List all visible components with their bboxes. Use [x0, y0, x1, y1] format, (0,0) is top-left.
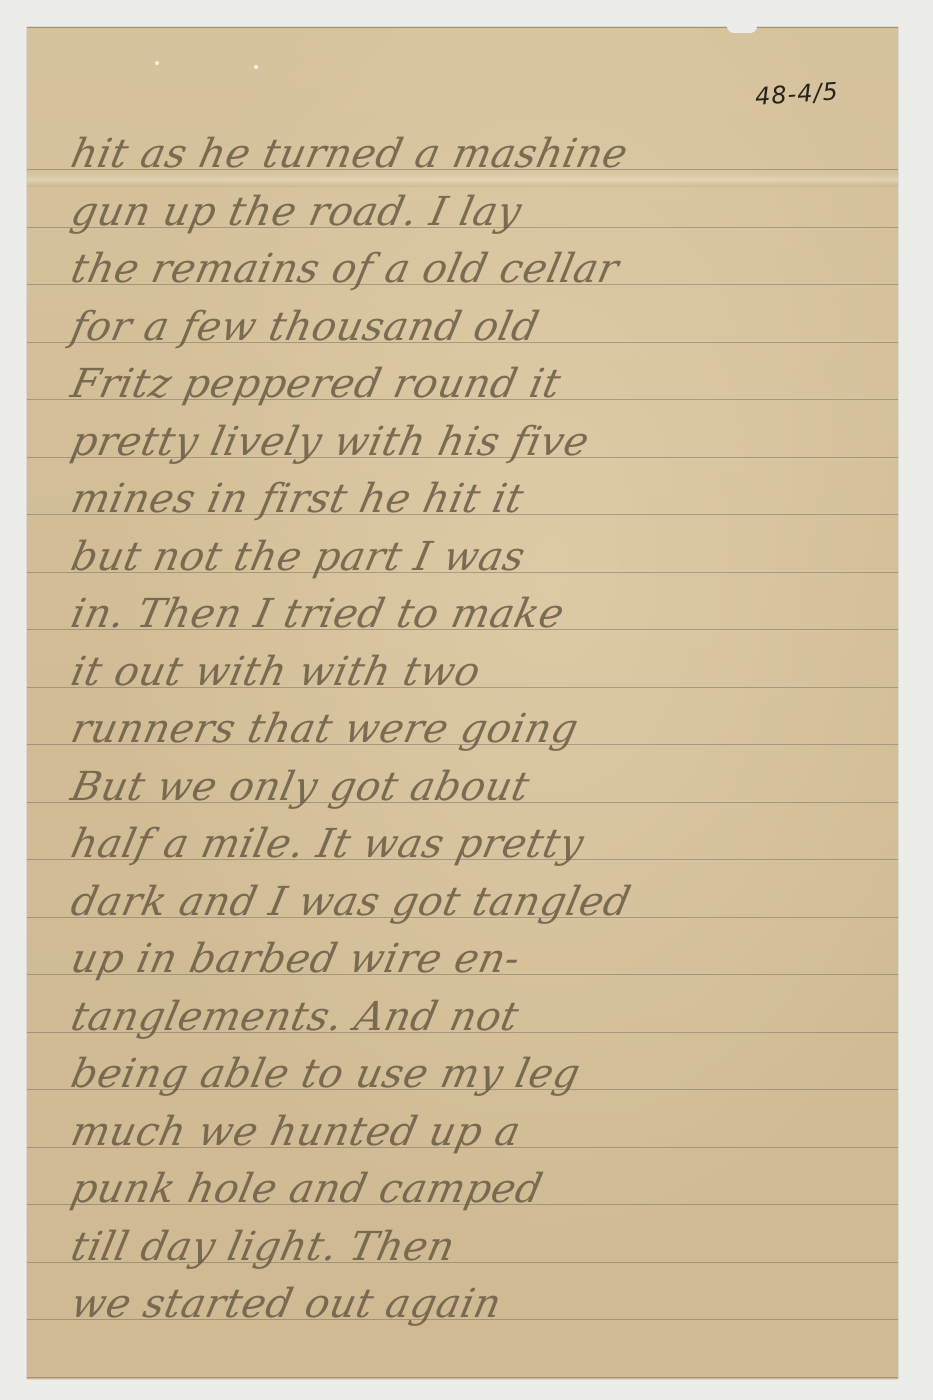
handwritten-line: but not the part I was — [67, 534, 897, 580]
handwritten-line: Fritz peppered round it — [67, 361, 897, 407]
handwritten-line: runners that were going — [67, 706, 897, 752]
handwritten-line: But we only got about — [67, 764, 897, 810]
pinhole — [155, 61, 159, 65]
handwritten-line: up in barbed wire en- — [67, 936, 897, 982]
paper-notch — [727, 26, 757, 33]
pinhole — [254, 65, 258, 69]
handwritten-line: till day light. Then — [67, 1224, 897, 1270]
handwritten-line: much we hunted up a — [67, 1109, 897, 1155]
handwritten-line: being able to use my leg — [67, 1051, 897, 1097]
handwritten-line: the remains of a old cellar — [67, 246, 897, 292]
handwritten-line: it out with with two — [67, 649, 897, 695]
ruled-line — [27, 1377, 898, 1378]
handwritten-line: tanglements. And not — [67, 994, 897, 1040]
handwritten-line: pretty lively with his five — [67, 419, 897, 465]
handwritten-line: dark and I was got tangled — [67, 879, 897, 925]
handwritten-line: gun up the road. I lay — [67, 189, 897, 235]
reference-number: 48-4/5 — [754, 77, 840, 111]
handwritten-line: punk hole and camped — [67, 1166, 897, 1212]
handwritten-line: we started out again — [67, 1281, 897, 1327]
letter-page: 48-4/5 hit as he turned a mashinegun up … — [27, 27, 898, 1379]
handwritten-line: in. Then I tried to make — [67, 591, 897, 637]
handwritten-line: mines in first he hit it — [67, 476, 897, 522]
handwritten-line: half a mile. It was pretty — [67, 821, 897, 867]
handwritten-line: for a few thousand old — [67, 304, 897, 350]
handwritten-line: hit as he turned a mashine — [67, 131, 897, 177]
